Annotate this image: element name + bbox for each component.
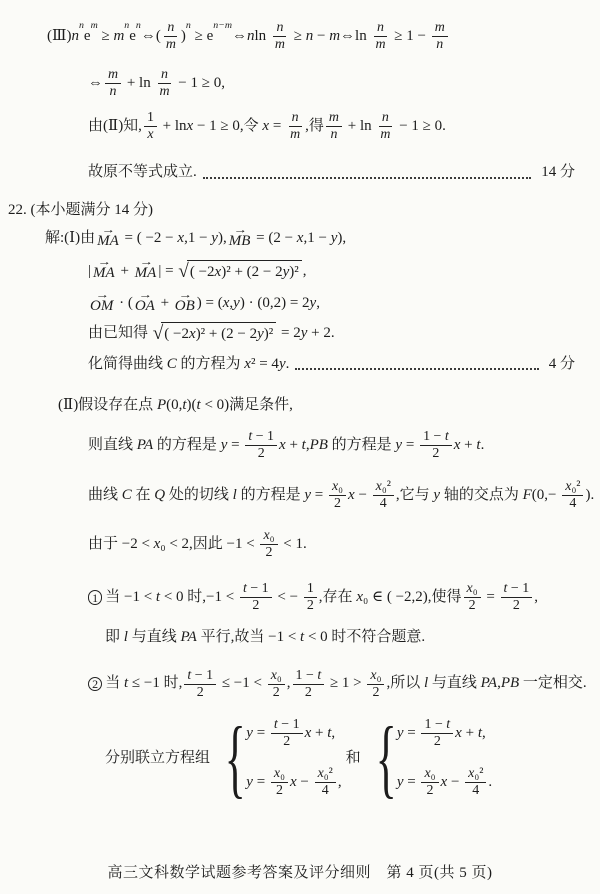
line-q22-systems: 分别联立方程组{y = t − 12x + t,y = x₀2x − x₀²4,… bbox=[105, 717, 575, 801]
fraction-numerator: x₀ bbox=[268, 668, 285, 685]
text: ) = ( bbox=[197, 294, 223, 314]
math-variable: Q bbox=[154, 486, 165, 506]
text: − 1 ≥ 0. bbox=[395, 117, 445, 137]
math-variable: y bbox=[395, 436, 402, 456]
text: 曲线 bbox=[88, 486, 122, 506]
fraction-denominator: x bbox=[144, 127, 156, 143]
fraction: nm bbox=[287, 110, 303, 143]
text: = bbox=[311, 486, 327, 506]
text: ≤ −1 < bbox=[218, 674, 266, 694]
answer-sheet-content: (Ⅲ)nnem ≥ mnen⇔(nm)n ≥ en−m⇔nln nm ≥ n −… bbox=[0, 0, 600, 800]
fraction: nm bbox=[372, 20, 388, 53]
text: ₀ bbox=[280, 766, 285, 781]
vector-arrow-icon: → bbox=[139, 260, 151, 266]
math-variable: x bbox=[348, 486, 355, 506]
text: − bbox=[355, 486, 371, 506]
math-variable: t bbox=[317, 668, 321, 683]
text: ( −2 bbox=[164, 326, 189, 342]
text: − 1 bbox=[191, 668, 213, 683]
text: 2 bbox=[273, 685, 280, 700]
fraction: t − 12 bbox=[184, 668, 216, 701]
text: ≥ 1 − bbox=[391, 27, 430, 47]
math-variable: t bbox=[445, 429, 449, 444]
text: ), bbox=[218, 229, 227, 249]
text: ₀ bbox=[473, 581, 478, 596]
text: ,1 − bbox=[303, 229, 330, 249]
fraction-numerator: n bbox=[289, 110, 302, 127]
text: . bbox=[481, 436, 485, 456]
vector-base: OB bbox=[175, 299, 195, 315]
fraction-numerator: t − 1 bbox=[184, 668, 216, 685]
math-variable: C bbox=[167, 355, 177, 375]
text: ₀ ∈ ( −2,2),使得 bbox=[363, 588, 462, 608]
math-variable: F bbox=[523, 486, 532, 506]
math-variable: n bbox=[436, 37, 443, 52]
math-variable: y bbox=[257, 326, 264, 342]
fraction-denominator: 2 bbox=[429, 446, 442, 462]
math-variable: m bbox=[159, 84, 169, 99]
text: 2 bbox=[283, 734, 290, 749]
score-dotted-leader bbox=[295, 359, 539, 370]
text: 1 − bbox=[424, 717, 446, 732]
line-q22-lines-pa-pb: 则直线 PA 的方程是 y = t − 12x + t,PB 的方程是 y = … bbox=[88, 429, 575, 462]
fraction: x₀2 bbox=[268, 668, 285, 701]
text: (0,− bbox=[532, 486, 560, 506]
text: 由已知得 bbox=[88, 324, 152, 344]
math-variable: m bbox=[435, 20, 445, 35]
text: ,1 − bbox=[184, 229, 211, 249]
text: )² + (2 − 2 bbox=[196, 326, 257, 342]
fraction: x₀²4 bbox=[315, 766, 336, 799]
math-variable: n bbox=[306, 27, 314, 47]
fraction: x₀2 bbox=[329, 479, 346, 512]
text: = (2 − bbox=[252, 229, 296, 249]
math-variable: x bbox=[262, 117, 269, 137]
fraction-numerator: x₀² bbox=[562, 479, 583, 496]
vector: →OM bbox=[90, 293, 113, 315]
text: 则直线 bbox=[88, 436, 137, 456]
text: 2 bbox=[197, 685, 204, 700]
fraction: x₀2 bbox=[367, 668, 384, 701]
text: ≥ e bbox=[191, 27, 213, 47]
text: 2 bbox=[432, 446, 439, 461]
text: 平行,故当 −1 < bbox=[197, 628, 300, 648]
text: 14 分 bbox=[537, 163, 575, 183]
math-variable: m bbox=[380, 127, 390, 142]
text: 的方程为 bbox=[177, 355, 245, 375]
fraction-numerator: x₀ bbox=[260, 528, 277, 545]
text: 与直线 bbox=[428, 674, 481, 694]
text: − 1 bbox=[252, 429, 274, 444]
circled-number: 1 bbox=[88, 590, 102, 604]
text: 1 − bbox=[296, 668, 318, 683]
fraction: t − 12 bbox=[271, 717, 303, 750]
text: ⇔ bbox=[232, 27, 247, 47]
text: | = bbox=[158, 262, 177, 282]
math-variable: x bbox=[455, 724, 462, 744]
fraction: 1x bbox=[144, 110, 157, 143]
text: ln bbox=[254, 27, 269, 47]
math-variable: x bbox=[177, 229, 184, 249]
text: + bbox=[462, 724, 478, 744]
fraction-denominator: 2 bbox=[280, 734, 293, 750]
vector-arrow-icon: → bbox=[139, 293, 151, 299]
text: 1 bbox=[147, 110, 154, 125]
square-root: √( −2x)² + (2 − 2y)² bbox=[178, 260, 302, 283]
fraction-numerator: n bbox=[158, 67, 171, 84]
fraction-numerator: n bbox=[374, 20, 387, 37]
text: 的方程是 bbox=[153, 436, 221, 456]
fraction: x₀2 bbox=[271, 766, 288, 799]
line-q22-case1-conclusion: 即 l 与直线 PA 平行,故当 −1 < t < 0 时不符合题意. bbox=[105, 628, 575, 648]
text: 2 bbox=[305, 685, 312, 700]
fraction: mn bbox=[105, 67, 121, 100]
system-equation-row: y = t − 12x + t, bbox=[246, 717, 341, 750]
fraction-numerator: t − 1 bbox=[271, 717, 303, 734]
text: , bbox=[303, 262, 307, 282]
fraction-denominator: m bbox=[156, 84, 172, 100]
text: ) · (0,2) = 2 bbox=[240, 294, 310, 314]
fraction-denominator: 2 bbox=[262, 545, 275, 561]
math-variable: x bbox=[356, 588, 363, 608]
equation-system: {y = t − 12x + t,y = x₀2x − x₀²4, bbox=[214, 717, 342, 801]
text: = bbox=[483, 588, 499, 608]
math-variable: y bbox=[279, 355, 286, 375]
text: + bbox=[117, 262, 133, 282]
fraction-numerator: 1 − t bbox=[293, 668, 325, 685]
text: 4 bbox=[322, 783, 329, 798]
text: 4 bbox=[472, 783, 479, 798]
superscript: n−m bbox=[213, 21, 232, 31]
radicand: ( −2x)² + (2 − 2y)² bbox=[187, 260, 302, 283]
vector-arrow-icon: → bbox=[233, 228, 245, 234]
math-variable: m bbox=[375, 37, 385, 52]
fraction-denominator: 2 bbox=[466, 598, 479, 614]
fraction-numerator: t − 1 bbox=[240, 581, 272, 598]
text: )² bbox=[289, 264, 299, 280]
fraction-numerator: 1 bbox=[144, 110, 157, 127]
text: < 0 时,−1 < bbox=[160, 588, 238, 608]
text: (Ⅲ) bbox=[47, 27, 71, 47]
text: − 1 bbox=[278, 717, 300, 732]
math-variable: n bbox=[382, 110, 389, 125]
math-variable: x bbox=[154, 535, 161, 555]
fraction: t − 12 bbox=[240, 581, 272, 614]
math-variable: x bbox=[147, 127, 153, 142]
text: ² = 4 bbox=[251, 355, 279, 375]
line-q22-case2: 2当 t ≤ −1 时,t − 12 ≤ −1 < x₀2,1 − t2 ≥ 1… bbox=[88, 668, 575, 701]
fraction: nm bbox=[156, 67, 172, 100]
line-q22-range-x0: 由于 −2 < x₀ < 2,因此 −1 < x₀2 < 1. bbox=[88, 528, 575, 561]
text: , bbox=[338, 773, 342, 793]
math-variable: n bbox=[247, 27, 255, 47]
text: 即 bbox=[105, 628, 124, 648]
vector: →MA bbox=[93, 260, 115, 282]
text: 22. (本小题满分 14 分) bbox=[8, 201, 153, 221]
text: (Ⅱ)假设存在点 bbox=[58, 396, 157, 416]
math-variable: m bbox=[275, 37, 285, 52]
fraction: x₀²4 bbox=[562, 479, 583, 512]
text: ₀ < 2,因此 −1 < bbox=[160, 535, 258, 555]
system-rows: y = t − 12x + t,y = x₀2x − x₀²4, bbox=[246, 717, 341, 799]
text: ⇔( bbox=[141, 27, 161, 47]
text: 2 bbox=[258, 446, 265, 461]
text: ), bbox=[337, 229, 346, 249]
text: ,所以 bbox=[386, 674, 424, 694]
fraction-denominator: 2 bbox=[302, 685, 315, 701]
vector-base: MA bbox=[93, 266, 115, 282]
fraction-numerator: 1 − t bbox=[421, 717, 453, 734]
text: 的方程是 bbox=[237, 486, 305, 506]
fraction-denominator: m bbox=[163, 37, 179, 53]
fraction-denominator: 4 bbox=[566, 496, 579, 512]
text: 4 bbox=[380, 496, 387, 511]
fraction: 1 − t2 bbox=[293, 668, 325, 701]
text: + bbox=[157, 294, 173, 314]
math-variable: C bbox=[122, 486, 132, 506]
text: 2 bbox=[513, 598, 520, 613]
fraction-numerator: 1 bbox=[304, 581, 317, 598]
fraction-denominator: 2 bbox=[255, 446, 268, 462]
math-variable: x bbox=[454, 436, 461, 456]
math-variable: m bbox=[290, 127, 300, 142]
text: = 2 bbox=[277, 324, 300, 344]
fraction-denominator: 4 bbox=[377, 496, 390, 512]
text: − 1 bbox=[247, 581, 269, 596]
fraction-denominator: 2 bbox=[304, 598, 317, 614]
math-variable: y bbox=[397, 724, 404, 744]
math-variable: y bbox=[304, 486, 311, 506]
square-root: √( −2x)² + (2 − 2y)² bbox=[153, 322, 277, 345]
math-variable: PA bbox=[481, 674, 497, 694]
fraction-numerator: m bbox=[326, 110, 342, 127]
text: = bbox=[253, 724, 269, 744]
text: 2 bbox=[307, 598, 314, 613]
fraction-numerator: m bbox=[105, 67, 121, 84]
math-variable: m bbox=[113, 27, 124, 47]
text: < − bbox=[274, 588, 302, 608]
system-brace-icon: { bbox=[225, 717, 246, 801]
text: = ( −2 − bbox=[121, 229, 178, 249]
vector-base: MA bbox=[135, 266, 157, 282]
line-q22-given-equation: 由已知得 √( −2x)² + (2 − 2y)² = 2y + 2. bbox=[88, 322, 575, 345]
vector: →MA bbox=[135, 260, 157, 282]
math-variable: y bbox=[246, 773, 253, 793]
text: ,它与 bbox=[396, 486, 434, 506]
text: , bbox=[316, 294, 320, 314]
text: ₀² bbox=[324, 766, 333, 781]
text: 当 bbox=[105, 674, 124, 694]
system-brace-icon: { bbox=[375, 717, 396, 801]
text: 轴的交点为 bbox=[440, 486, 523, 506]
fraction-numerator: x₀ bbox=[329, 479, 346, 496]
vector-base: MB bbox=[229, 234, 251, 250]
fraction-numerator: n bbox=[273, 20, 286, 37]
line-q22-part2-assume: (Ⅱ)假设存在点 P(0,t)(t < 0)满足条件, bbox=[58, 396, 575, 416]
text: + ln bbox=[123, 74, 154, 94]
math-variable: y bbox=[221, 436, 228, 456]
fraction-numerator: x₀ bbox=[367, 668, 384, 685]
fraction: 1 − t2 bbox=[421, 717, 453, 750]
fraction-numerator: x₀ bbox=[271, 766, 288, 783]
math-variable: y bbox=[433, 486, 440, 506]
fraction-denominator: m bbox=[372, 37, 388, 53]
text: | bbox=[88, 262, 91, 282]
text: + ln bbox=[344, 117, 375, 137]
math-variable: P bbox=[157, 396, 166, 416]
fraction-numerator: t − 1 bbox=[245, 429, 277, 446]
math-variable: x bbox=[223, 294, 230, 314]
line-q22-header: 22. (本小题满分 14 分) bbox=[8, 201, 575, 221]
math-variable: m bbox=[166, 37, 176, 52]
vector-base: OA bbox=[135, 299, 155, 315]
text: )( bbox=[187, 396, 197, 416]
text: = bbox=[269, 117, 285, 137]
vector-base: OM bbox=[90, 299, 113, 315]
math-variable: n bbox=[71, 27, 79, 47]
text: e bbox=[129, 27, 136, 47]
math-variable: y bbox=[233, 294, 240, 314]
text: ₀ bbox=[377, 668, 382, 683]
system-equation-row: y = x₀2x − x₀²4, bbox=[246, 766, 341, 799]
text: , bbox=[331, 724, 335, 744]
fraction: x₀2 bbox=[260, 528, 277, 561]
text: ₀² bbox=[474, 766, 483, 781]
fraction: nm bbox=[163, 20, 179, 53]
text: = bbox=[253, 773, 269, 793]
fraction-denominator: 2 bbox=[270, 685, 283, 701]
text: , bbox=[482, 724, 486, 744]
text: 和 bbox=[346, 749, 361, 769]
text: 一定相交. bbox=[519, 674, 587, 694]
text: ⇔ bbox=[88, 74, 103, 94]
fraction-denominator: 4 bbox=[469, 783, 482, 799]
text: + 2. bbox=[307, 324, 334, 344]
text: ⇔ln bbox=[340, 27, 370, 47]
text: ₀ bbox=[277, 668, 282, 683]
fraction-denominator: 2 bbox=[369, 685, 382, 701]
text: + ln bbox=[159, 117, 187, 137]
text: ₀ bbox=[270, 528, 275, 543]
fraction-denominator: m bbox=[272, 37, 288, 53]
vector-arrow-icon: → bbox=[98, 260, 110, 266]
text: ₀ bbox=[431, 766, 436, 781]
text: ₀ bbox=[338, 479, 343, 494]
math-variable: x bbox=[244, 355, 251, 375]
text: < 1. bbox=[280, 535, 307, 555]
fraction: 12 bbox=[304, 581, 317, 614]
text: − bbox=[447, 773, 463, 793]
text: )² + (2 − 2 bbox=[221, 264, 282, 280]
exam-answer-page: (Ⅲ)nnem ≥ mnen⇔(nm)n ≥ en−m⇔nln nm ≥ n −… bbox=[0, 0, 600, 894]
vector-arrow-icon: → bbox=[95, 293, 107, 299]
math-variable: PB bbox=[310, 436, 328, 456]
text: ≥ bbox=[98, 27, 114, 47]
text: 化简得曲线 bbox=[88, 355, 167, 375]
fraction: x₀²4 bbox=[373, 479, 394, 512]
fraction-denominator: 2 bbox=[273, 783, 286, 799]
vector-base: MA bbox=[97, 234, 119, 250]
math-variable: y bbox=[301, 324, 308, 344]
math-variable: n bbox=[167, 20, 174, 35]
math-variable: PA bbox=[137, 436, 153, 456]
math-variable: PA bbox=[180, 628, 196, 648]
fraction: nm bbox=[377, 110, 393, 143]
fraction-numerator: x₀² bbox=[315, 766, 336, 783]
text: 2 bbox=[427, 783, 434, 798]
equation-system: {y = 1 − t2x + t,y = x₀2x − x₀²4. bbox=[365, 717, 493, 801]
line-part3-equiv: ⇔mn + ln nm − 1 ≥ 0, bbox=[88, 67, 575, 100]
text: 2 bbox=[252, 598, 259, 613]
math-variable: m bbox=[108, 67, 118, 82]
fraction-denominator: 2 bbox=[431, 734, 444, 750]
text: · ( bbox=[115, 294, 133, 314]
text: , bbox=[287, 674, 291, 694]
fraction-denominator: 2 bbox=[249, 598, 262, 614]
math-variable: x bbox=[279, 436, 286, 456]
math-variable: n bbox=[110, 84, 117, 99]
math-variable: t bbox=[446, 717, 450, 732]
fraction: x₀2 bbox=[421, 766, 438, 799]
vector: →OB bbox=[175, 293, 195, 315]
text: 由(Ⅱ)知, bbox=[88, 117, 142, 137]
fraction-numerator: m bbox=[432, 20, 448, 37]
circled-number: 2 bbox=[88, 677, 102, 691]
text: 4 bbox=[569, 496, 576, 511]
text: − bbox=[313, 27, 329, 47]
math-variable: m bbox=[329, 110, 339, 125]
math-variable: y bbox=[310, 294, 317, 314]
math-variable: y bbox=[246, 724, 253, 744]
fraction: nm bbox=[272, 20, 288, 53]
system-rows: y = 1 − t2x + t,y = x₀2x − x₀²4. bbox=[397, 717, 492, 799]
fraction-denominator: m bbox=[377, 127, 393, 143]
text: 解:(Ⅰ)由 bbox=[45, 229, 95, 249]
math-variable: x bbox=[189, 326, 196, 342]
fraction: mn bbox=[432, 20, 448, 53]
fraction-denominator: 2 bbox=[331, 496, 344, 512]
text: 4 分 bbox=[545, 355, 575, 375]
math-variable: PB bbox=[501, 674, 519, 694]
text: 1 − bbox=[423, 429, 445, 444]
fraction: mn bbox=[326, 110, 342, 143]
fraction-denominator: n bbox=[107, 84, 120, 100]
text: ₀² bbox=[571, 479, 580, 494]
math-variable: y bbox=[211, 229, 218, 249]
score-dotted-leader bbox=[203, 167, 532, 178]
fraction-denominator: 4 bbox=[319, 783, 332, 799]
vector: →MA bbox=[97, 228, 119, 250]
math-variable: y bbox=[397, 773, 404, 793]
text: 2 bbox=[469, 598, 476, 613]
text: − 1 bbox=[507, 581, 529, 596]
text: < 0)满足条件, bbox=[201, 396, 293, 416]
text: − 1 ≥ 0, bbox=[175, 74, 225, 94]
vector: →MB bbox=[229, 228, 251, 250]
fraction: t − 12 bbox=[501, 581, 533, 614]
text: + bbox=[311, 724, 327, 744]
math-variable: m bbox=[329, 27, 340, 47]
text: 分别联立方程组 bbox=[105, 749, 210, 769]
text: = bbox=[402, 436, 418, 456]
fraction: x₀2 bbox=[464, 581, 481, 614]
score-line-14: 故原不等式成立. 14 分 bbox=[88, 163, 575, 183]
line-q22-tangent: 曲线 C 在 Q 处的切线 l 的方程是 y = x₀2x − x₀²4,它与 … bbox=[88, 479, 575, 512]
vector-arrow-icon: → bbox=[102, 228, 114, 234]
text: ,存在 bbox=[319, 588, 357, 608]
math-variable: n bbox=[276, 20, 283, 35]
text: 在 bbox=[132, 486, 155, 506]
